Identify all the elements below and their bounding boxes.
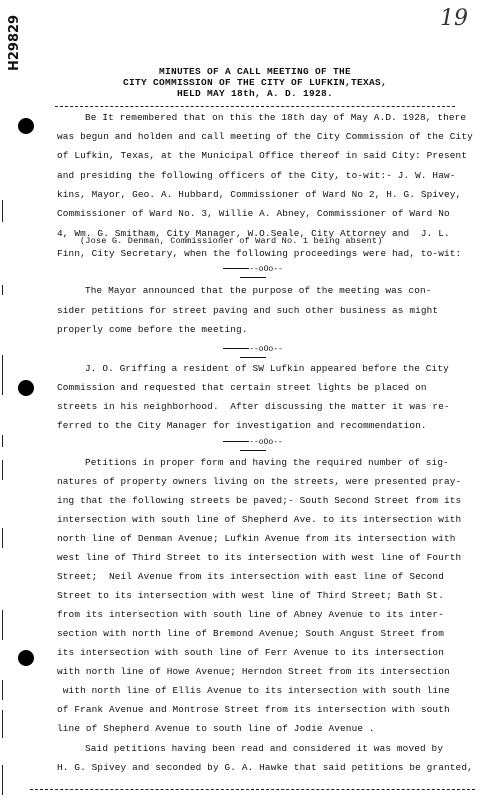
body-line: Commission and requested that certain st… — [57, 382, 427, 393]
body-line: Finn, City Secretary, when the following… — [57, 248, 461, 259]
body-line: sider petitions for street paving and su… — [57, 305, 438, 316]
margin-mark — [2, 680, 3, 700]
body-line: Street; Neil Avenue from its intersectio… — [57, 571, 444, 582]
title-line-1: MINUTES OF A CALL MEETING OF THE — [120, 66, 390, 77]
body-line: ing that the following streets be paved;… — [57, 495, 461, 506]
body-line: from its intersection with south line of… — [57, 609, 444, 620]
margin-mark — [2, 285, 3, 295]
header-divider — [55, 106, 455, 107]
body-line: west line of Third Street to its interse… — [57, 552, 461, 563]
body-line: with north line of Howe Avenue; Herndon … — [57, 666, 450, 677]
body-line: The Mayor announced that the purpose of … — [85, 285, 432, 296]
document-stamp-number: H29829 — [6, 8, 24, 78]
margin-mark — [2, 610, 3, 640]
punch-hole-icon — [18, 380, 34, 396]
margin-mark — [2, 528, 3, 548]
body-line: of Frank Avenue and Montrose Street from… — [57, 704, 450, 715]
title-line-3: HELD MAY 18th, A. D. 1928. — [120, 88, 390, 99]
body-line: J. O. Griffing a resident of SW Lufkin a… — [85, 363, 449, 374]
body-line: intersection with south line of Shepherd… — [57, 514, 461, 525]
margin-mark — [2, 355, 3, 395]
margin-mark — [2, 435, 3, 447]
margin-mark — [2, 460, 3, 480]
page-number: 19 — [440, 6, 468, 31]
body-line: section with north line of Bremond Avenu… — [57, 628, 444, 639]
title-line-2: CITY COMMISSION OF THE CITY OF LUFKIN,TE… — [120, 77, 390, 88]
body-line: kins, Mayor, Geo. A. Hubbard, Commission… — [57, 189, 461, 200]
body-line: Be It remembered that on this the 18th d… — [85, 112, 466, 123]
body-line: its intersection with south line of Ferr… — [57, 647, 444, 658]
body-line: with north line of Ellis Avenue to its i… — [57, 685, 450, 696]
body-line: was begun and holden and call meeting of… — [57, 131, 473, 142]
punch-hole-icon — [18, 650, 34, 666]
margin-mark — [2, 765, 3, 795]
section-separator: --oOo-- — [213, 345, 293, 363]
body-line: natures of property owners living on the… — [57, 476, 461, 487]
body-line: Street to its intersection with west lin… — [57, 590, 444, 601]
body-line: Commissioner of Ward No. 3, Willie A. Ab… — [57, 208, 450, 219]
margin-mark — [2, 200, 3, 222]
body-line: ferred to the City Manager for investiga… — [57, 420, 427, 431]
body-line: and presiding the following officers of … — [57, 170, 456, 181]
body-line: properly come before the meeting. — [57, 324, 248, 335]
body-line-insertion: (Jose G. Denman, Commissioner of Ward No… — [80, 236, 383, 246]
body-line: streets in his neighborhood. After discu… — [57, 401, 450, 412]
body-line: north line of Denman Avenue; Lufkin Aven… — [57, 533, 456, 544]
section-separator: --oOo-- — [213, 265, 293, 283]
body-line: of Lufkin, Texas, at the Municipal Offic… — [57, 150, 467, 161]
section-separator: --oOo-- — [213, 438, 293, 456]
body-line: Said petitions having been read and cons… — [85, 743, 443, 754]
document-page: H29829 19 MINUTES OF A CALL MEETING OF T… — [0, 0, 486, 800]
body-line: Petitions in proper form and having the … — [85, 457, 449, 468]
margin-mark — [2, 710, 3, 738]
body-line: H. G. Spivey and seconded by G. A. Hawke… — [57, 762, 473, 773]
punch-hole-icon — [18, 118, 34, 134]
footer-divider — [30, 789, 475, 790]
body-line: line of Shepherd Avenue to south line of… — [57, 723, 375, 734]
